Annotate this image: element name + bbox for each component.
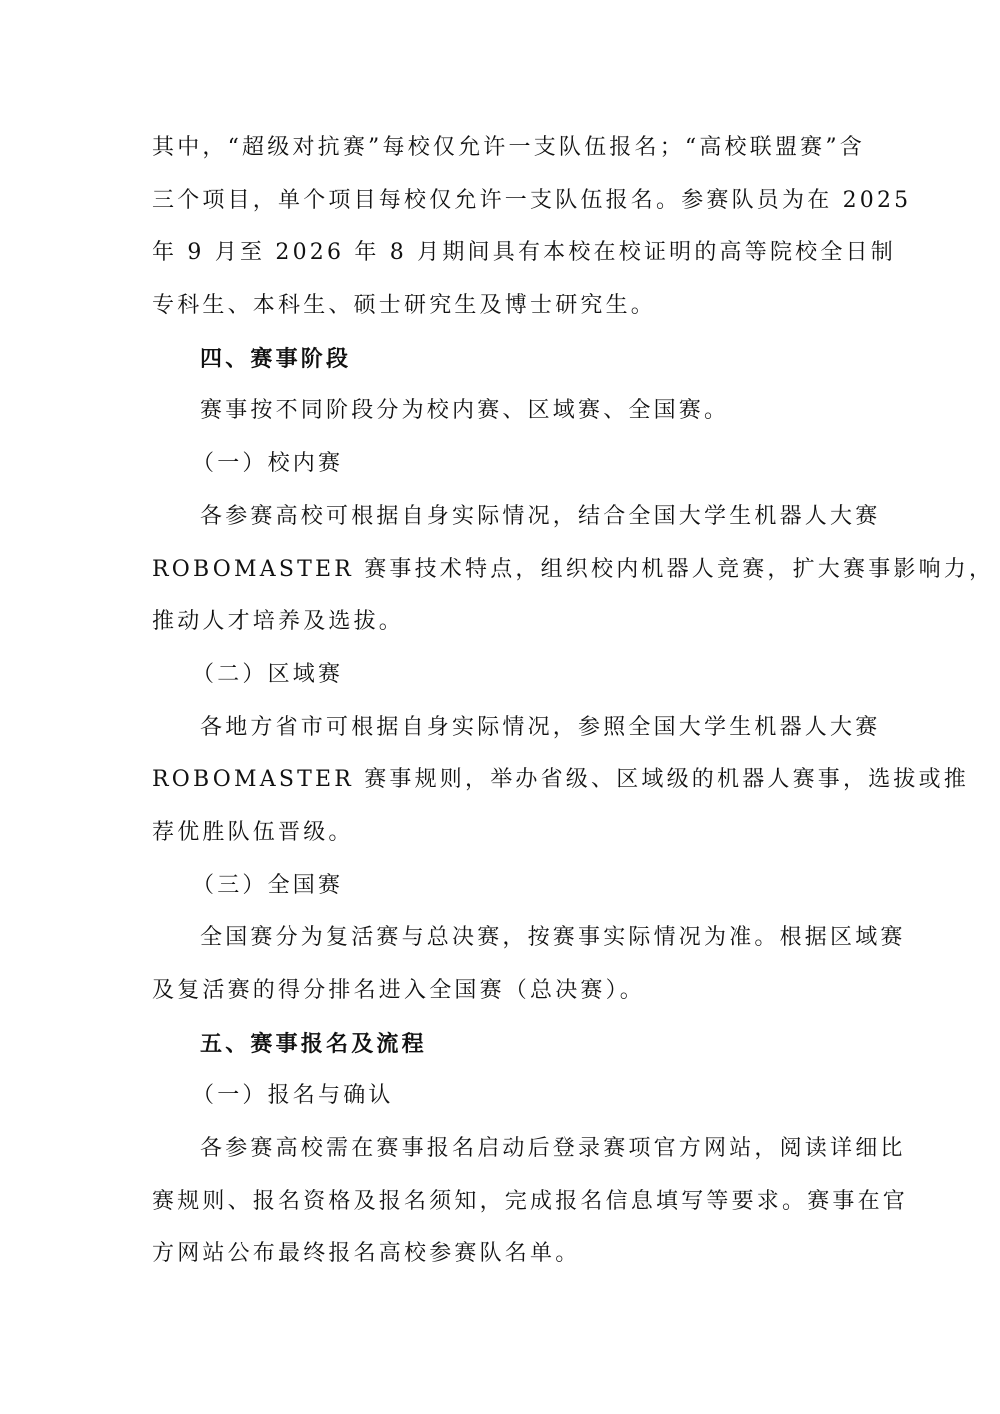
text-line: 荐优胜队伍晋级。 xyxy=(152,811,852,864)
text-line: 方网站公布最终报名高校参赛队名单。 xyxy=(152,1232,852,1285)
subheading-national: （三）全国赛 xyxy=(152,864,852,917)
paragraph-eligibility: 其中，“超级对抗赛”每校仅允许一支队伍报名；“高校联盟赛”含 三个项目，单个项目… xyxy=(152,126,852,337)
text-line: ROBOMASTER 赛事规则，举办省级、区域级的机器人赛事，选拔或推 xyxy=(152,758,852,811)
paragraph-national: 全国赛分为复活赛与总决赛，按赛事实际情况为准。根据区域赛 及复活赛的得分排名进入… xyxy=(152,916,852,1021)
text-line: 各参赛高校需在赛事报名启动后登录赛项官方网站，阅读详细比 xyxy=(152,1127,852,1180)
subheading-regional: （二）区域赛 xyxy=(152,653,852,706)
document-page: 其中，“超级对抗赛”每校仅允许一支队伍报名；“高校联盟赛”含 三个项目，单个项目… xyxy=(152,126,852,1285)
text-line: 专科生、本科生、硕士研究生及博士研究生。 xyxy=(152,284,852,337)
text-line: 各参赛高校可根据自身实际情况，结合全国大学生机器人大赛 xyxy=(152,495,852,548)
paragraph-regional: 各地方省市可根据自身实际情况，参照全国大学生机器人大赛 ROBOMASTER 赛… xyxy=(152,706,852,864)
text-line: 年 9 月至 2026 年 8 月期间具有本校在校证明的高等院校全日制 xyxy=(152,231,852,284)
section-heading-stages: 四、赛事阶段 xyxy=(152,337,852,390)
subheading-campus: （一）校内赛 xyxy=(152,442,852,495)
text-line: 推动人才培养及选拔。 xyxy=(152,600,852,653)
text-line: 其中，“超级对抗赛”每校仅允许一支队伍报名；“高校联盟赛”含 xyxy=(152,126,852,179)
section-heading-registration: 五、赛事报名及流程 xyxy=(152,1022,852,1075)
text-line: 全国赛分为复活赛与总决赛，按赛事实际情况为准。根据区域赛 xyxy=(152,916,852,969)
text-line: ROBOMASTER 赛事技术特点，组织校内机器人竞赛，扩大赛事影响力， xyxy=(152,548,852,601)
paragraph-campus: 各参赛高校可根据自身实际情况，结合全国大学生机器人大赛 ROBOMASTER 赛… xyxy=(152,495,852,653)
paragraph-registration: 各参赛高校需在赛事报名启动后登录赛项官方网站，阅读详细比 赛规则、报名资格及报名… xyxy=(152,1127,852,1285)
text-line: 赛事按不同阶段分为校内赛、区域赛、全国赛。 xyxy=(152,389,852,442)
text-line: 赛规则、报名资格及报名须知，完成报名信息填写等要求。赛事在官 xyxy=(152,1180,852,1233)
subheading-registration-confirm: （一）报名与确认 xyxy=(152,1074,852,1127)
text-line: 及复活赛的得分排名进入全国赛（总决赛）。 xyxy=(152,969,852,1022)
text-line: 三个项目，单个项目每校仅允许一支队伍报名。参赛队员为在 2025 xyxy=(152,179,852,232)
text-line: 各地方省市可根据自身实际情况，参照全国大学生机器人大赛 xyxy=(152,706,852,759)
